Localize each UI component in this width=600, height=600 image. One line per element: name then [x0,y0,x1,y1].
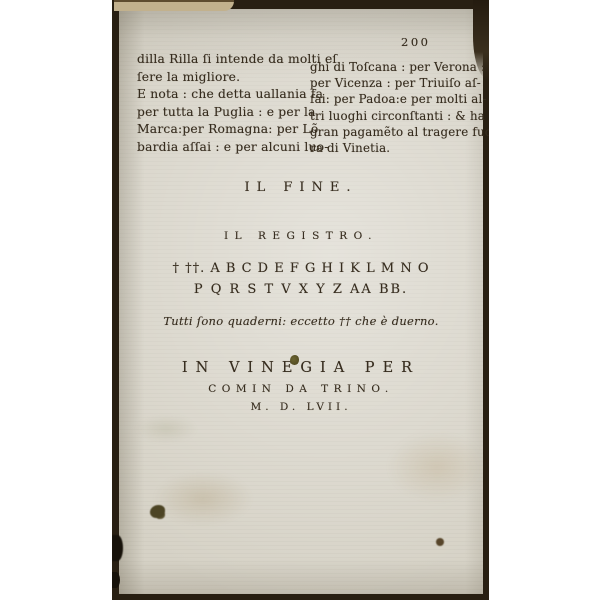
text-line: gran pagamẽto al tragere fuo [310,124,489,140]
text-line: ra di Vinetia. [310,140,489,156]
colophon-line-1: IN VINEGIA PER [119,360,483,376]
book-photo: 200 dilla Rilla ſi intende da molti eſ ſ… [112,0,489,600]
foxing-stain [153,471,253,526]
text-column-left: dilla Rilla ſi intende da molti eſ ſere … [137,51,337,157]
register-line-2: P Q R S T V X Y Z AA BB. [119,282,483,297]
text-line: tri luoghi circonſtanti : & ha [310,108,489,124]
page-number: 200 [401,35,430,49]
text-line: Marca:per Romagna: per Lõ [137,121,337,139]
text-line: E nota : che detta uallania fa [137,86,337,104]
text-column-right: ghi di Toſcana : per Verona : per Vicenz… [310,59,489,156]
registro-heading: IL REGISTRO. [119,230,483,242]
text-line: ghi di Toſcana : per Verona : [310,59,489,75]
text-line: dilla Rilla ſi intende da molti eſ [137,51,337,69]
text-line: bardia aſſai : e per alcuni luo- [137,139,337,157]
text-line: ſai: per Padoa:e per molti al- [310,91,489,107]
foxing-stain [135,415,197,443]
colophon-line-3: M. D. LVII. [119,401,483,413]
book-page: 200 dilla Rilla ſi intende da molti eſ ſ… [119,9,483,594]
text-line: per tutta la Puglia : e per la [137,104,337,122]
foxing-spot [436,538,444,546]
text-line: ſere la migliore. [137,69,337,87]
ink-speck [290,355,299,365]
register-line-1: † ††. A B C D E F G H I K L M N O [119,261,483,276]
fine-heading: IL FINE. [119,180,483,195]
edge-ink-mark [112,572,120,588]
edge-ink-mark [112,535,123,561]
adjacent-page-edge [114,0,234,11]
foxing-stain [387,432,487,502]
register-note: Tutti ſono quaderni: eccetto †† che è du… [119,314,483,328]
colophon-line-2: COMIN DA TRINO. [119,383,483,395]
text-line: per Vicenza : per Triuiſo aſ- [310,75,489,91]
